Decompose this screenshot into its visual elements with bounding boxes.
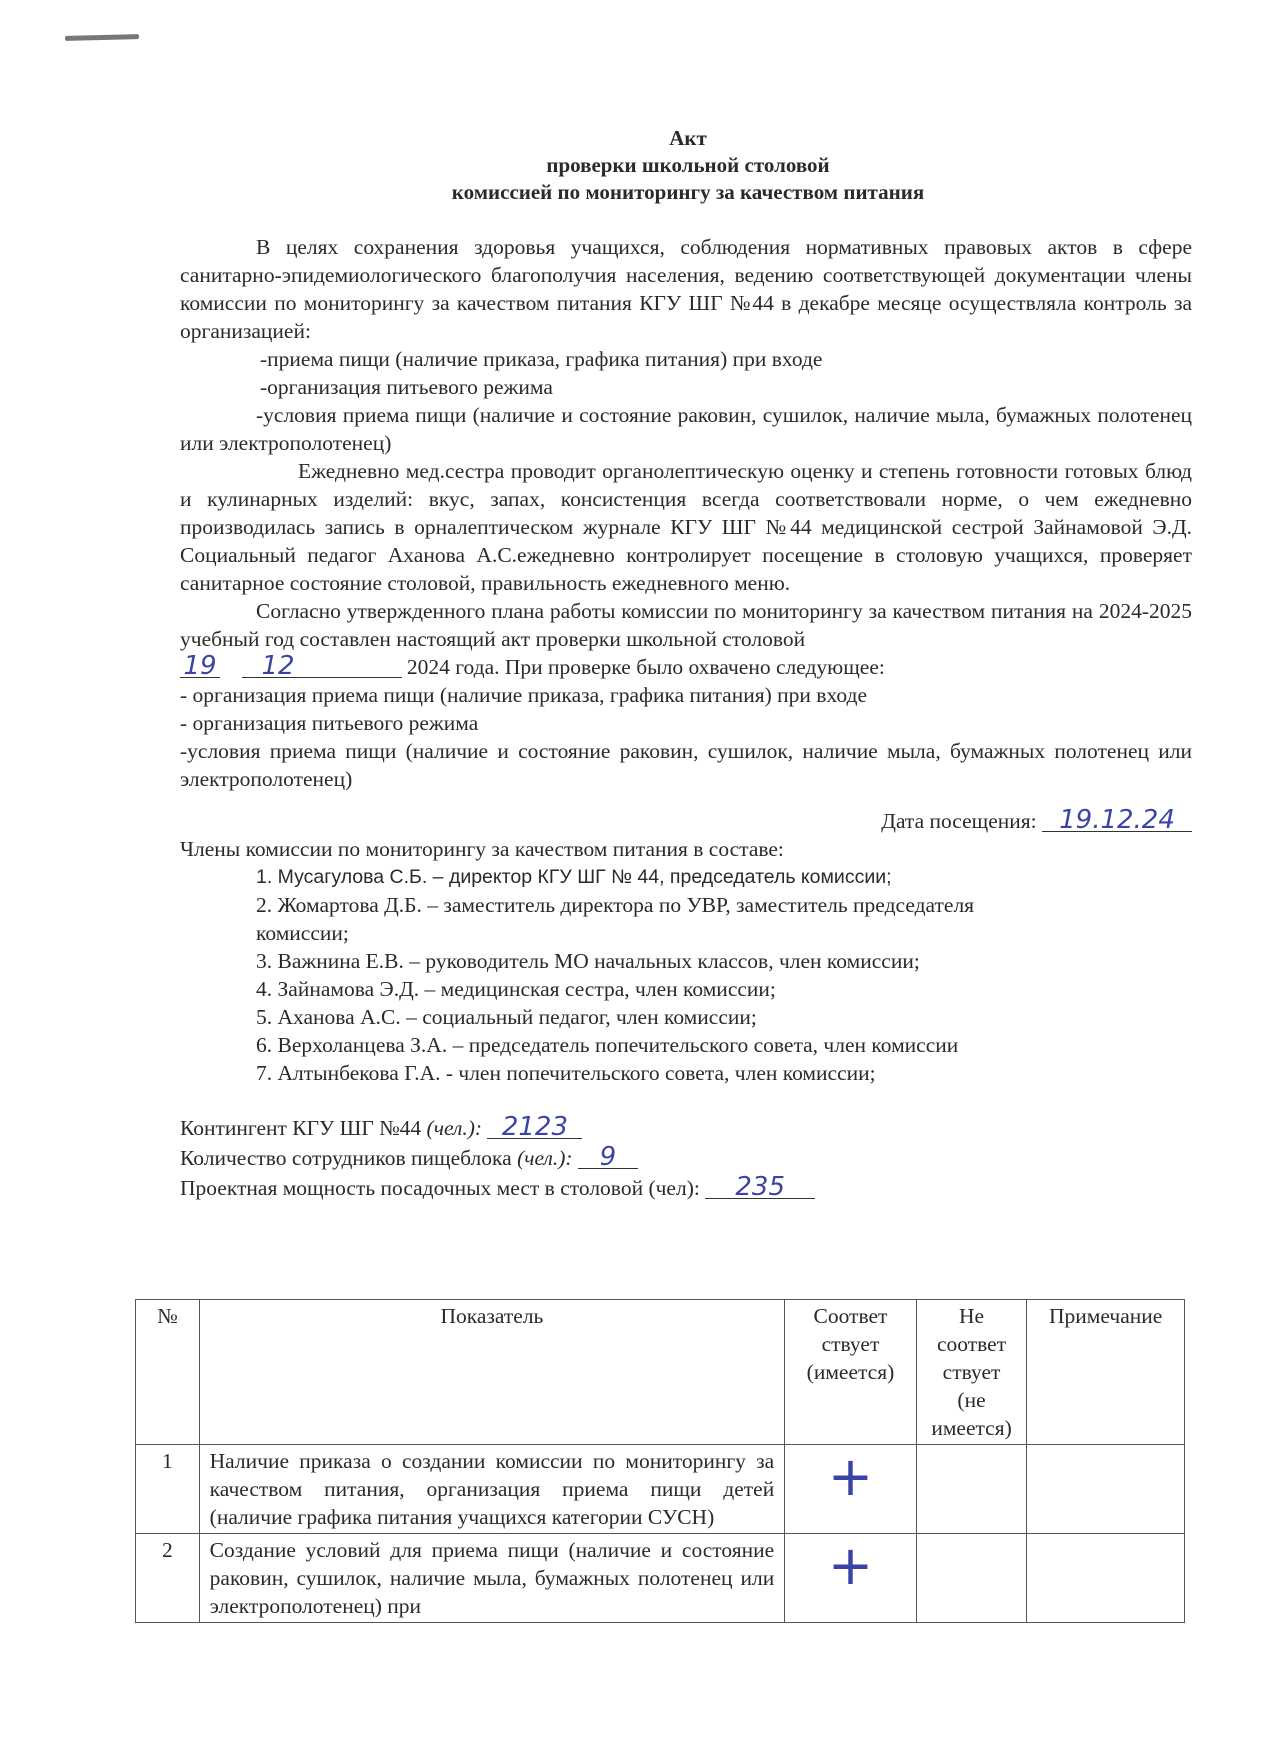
staff-row: Количество сотрудников пищеблока (чел.):… [180, 1143, 1192, 1173]
member-item: 2. Жомартова Д.Б. – заместитель директор… [256, 891, 1192, 919]
member-item: 5. Аханова А.С. – социальный педагог, чл… [256, 1003, 1192, 1031]
member-item: 3. Важнина Е.В. – руководитель МО началь… [256, 947, 1192, 975]
row-not-complies-cell [916, 1445, 1027, 1534]
visit-date-row: Дата посещения: 19.12.24 [180, 807, 1192, 835]
plan-item-2: - организация питьевого режима [180, 709, 1192, 737]
row-indicator: Наличие приказа о создании комиссии по м… [199, 1445, 785, 1534]
title-line-2: проверки школьной столовой [0, 152, 1276, 179]
contingent-label: Контингент КГУ ШГ №44 [180, 1116, 421, 1140]
handwritten-contingent: 2123 [487, 1116, 582, 1139]
contingent-unit: (чел.): [427, 1116, 483, 1140]
plan-item-1: - организация приема пищи (наличие прика… [180, 681, 1192, 709]
capacity-row: Проектная мощность посадочных мест в сто… [180, 1173, 1192, 1203]
member-item: 7. Алтынбекова Г.А. - член попечительско… [256, 1059, 1192, 1087]
staff-unit: (чел.): [517, 1146, 573, 1170]
handwritten-month: 12 [242, 655, 402, 678]
handwritten-capacity: 235 [705, 1176, 815, 1199]
members-list: 1. Мусагулова С.Б. – директор КГУ ШГ № 4… [180, 863, 1192, 1087]
handwritten-plus-icon: + [828, 1447, 873, 1507]
table-header-row: № Показатель Соответ ствует (имеется) Не… [136, 1300, 1185, 1445]
contingent-row: Контингент КГУ ШГ №44 (чел.): 2123 [180, 1113, 1192, 1143]
row-indicator: Создание условий для приема пищи (наличи… [199, 1534, 785, 1623]
row-note-cell [1027, 1534, 1185, 1623]
inspection-table: № Показатель Соответ ствует (имеется) Не… [135, 1299, 1185, 1623]
row-num: 1 [136, 1445, 200, 1534]
table-row: 1 Наличие приказа о создании комиссии по… [136, 1445, 1185, 1534]
header-num: № [136, 1300, 200, 1445]
plan-paragraph: Согласно утвержденного плана работы коми… [180, 597, 1192, 653]
row-complies-cell: + [785, 1534, 917, 1623]
row-note-cell [1027, 1445, 1185, 1534]
intro-item-1: -приема пищи (наличие приказа, графика п… [180, 345, 1192, 373]
intro-paragraph: В целях сохранения здоровья учащихся, со… [180, 233, 1192, 345]
document-title: Акт проверки школьной столовой комиссией… [0, 125, 1276, 206]
daily-paragraph: Ежедневно мед.сестра проводит органолепт… [180, 457, 1192, 597]
handwritten-day: 19 [180, 655, 220, 678]
title-line-3: комиссией по мониторингу за качеством пи… [0, 179, 1276, 206]
row-num: 2 [136, 1534, 200, 1623]
member-item: 6. Верхоланцева З.А. – председатель попе… [256, 1031, 1192, 1059]
members-heading: Члены комиссии по мониторингу за качеств… [180, 835, 1192, 863]
intro-item-3: -условия приема пищи (наличие и состояни… [180, 401, 1192, 457]
intro-item-2: -организация питьевого режима [180, 373, 1192, 401]
table-row: 2 Создание условий для приема пищи (нали… [136, 1534, 1185, 1623]
header-note: Примечание [1027, 1300, 1185, 1445]
staff-label: Количество сотрудников пищеблока [180, 1146, 512, 1170]
header-not-complies: Не соответ ствует (не имеется) [916, 1300, 1027, 1445]
plan-date-line: 19 12 2024 года. При проверке было охвач… [180, 653, 1192, 681]
plan-year-text: 2024 года. При проверке было охвачено сл… [407, 655, 885, 679]
member-item: комиссии; [256, 919, 1192, 947]
stats-block: Контингент КГУ ШГ №44 (чел.): 2123 Колич… [180, 1113, 1192, 1203]
row-not-complies-cell [916, 1534, 1027, 1623]
handwritten-staff: 9 [578, 1146, 638, 1169]
plan-item-3: -условия приема пищи (наличие и состояни… [180, 737, 1192, 793]
member-item: 1. Мусагулова С.Б. – директор КГУ ШГ № 4… [256, 863, 1192, 891]
member-item: 4. Зайнамова Э.Д. – медицинская сестра, … [256, 975, 1192, 1003]
capacity-label: Проектная мощность посадочных мест в сто… [180, 1176, 700, 1200]
handwritten-visit-date: 19.12.24 [1042, 809, 1192, 832]
header-complies: Соответ ствует (имеется) [785, 1300, 917, 1445]
handwritten-plus-icon: + [828, 1536, 873, 1596]
title-line-1: Акт [0, 125, 1276, 152]
header-indicator: Показатель [199, 1300, 785, 1445]
visit-date-label: Дата посещения: [881, 809, 1036, 833]
document-body: В целях сохранения здоровья учащихся, со… [180, 233, 1192, 1203]
scan-artifact-mark [65, 34, 139, 41]
row-complies-cell: + [785, 1445, 917, 1534]
